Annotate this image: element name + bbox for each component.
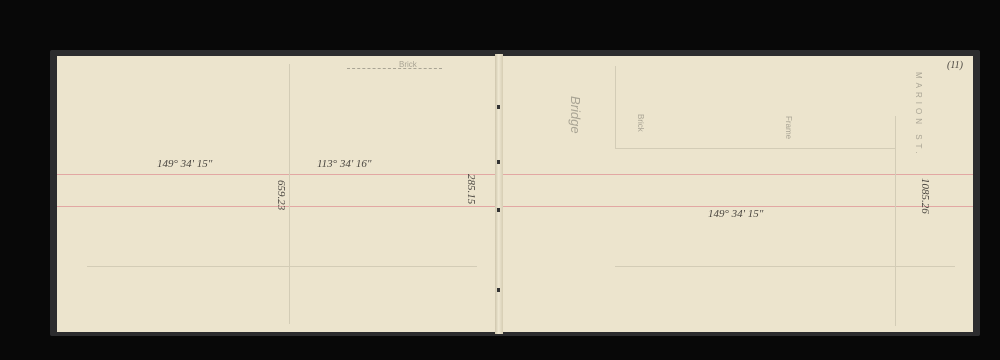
building-outline [347,68,442,70]
sketch-line [615,148,895,149]
bearing-2: 113° 34' 16" [317,158,372,170]
total-2: 285.15 [465,174,477,204]
total: 1085.26 [919,178,931,214]
stitch [497,208,500,212]
right-page: (11) MARION ST. Bridge Brick Frame 149° … [503,56,973,332]
bearing: 149° 34' 15" [708,208,763,220]
stitch [497,160,500,164]
stitch [497,288,500,292]
sketch-line [87,266,477,267]
red-rule-bottom [503,206,973,207]
vertical-note: Bridge [568,96,583,134]
book-spine [495,54,503,334]
left-page: Brick 149° 34' 15" 113° 34' 16" 659.23 2… [57,56,495,332]
sketch-label-brick: Brick [636,114,645,132]
sketch-line [615,266,955,267]
column-rule [289,64,290,324]
sketch-label-brick: Brick [399,60,417,69]
red-rule-top [503,174,973,175]
red-rule-top [57,174,495,175]
sketch-label-frame: Frame [784,116,793,139]
column-rule [895,116,896,326]
total-1: 659.23 [275,180,287,210]
sketch-line [615,66,616,148]
stitch [497,105,500,109]
page-number: (11) [947,60,963,71]
bearing-1: 149° 34' 15" [157,158,212,170]
street-heading: MARION ST. [914,72,923,158]
